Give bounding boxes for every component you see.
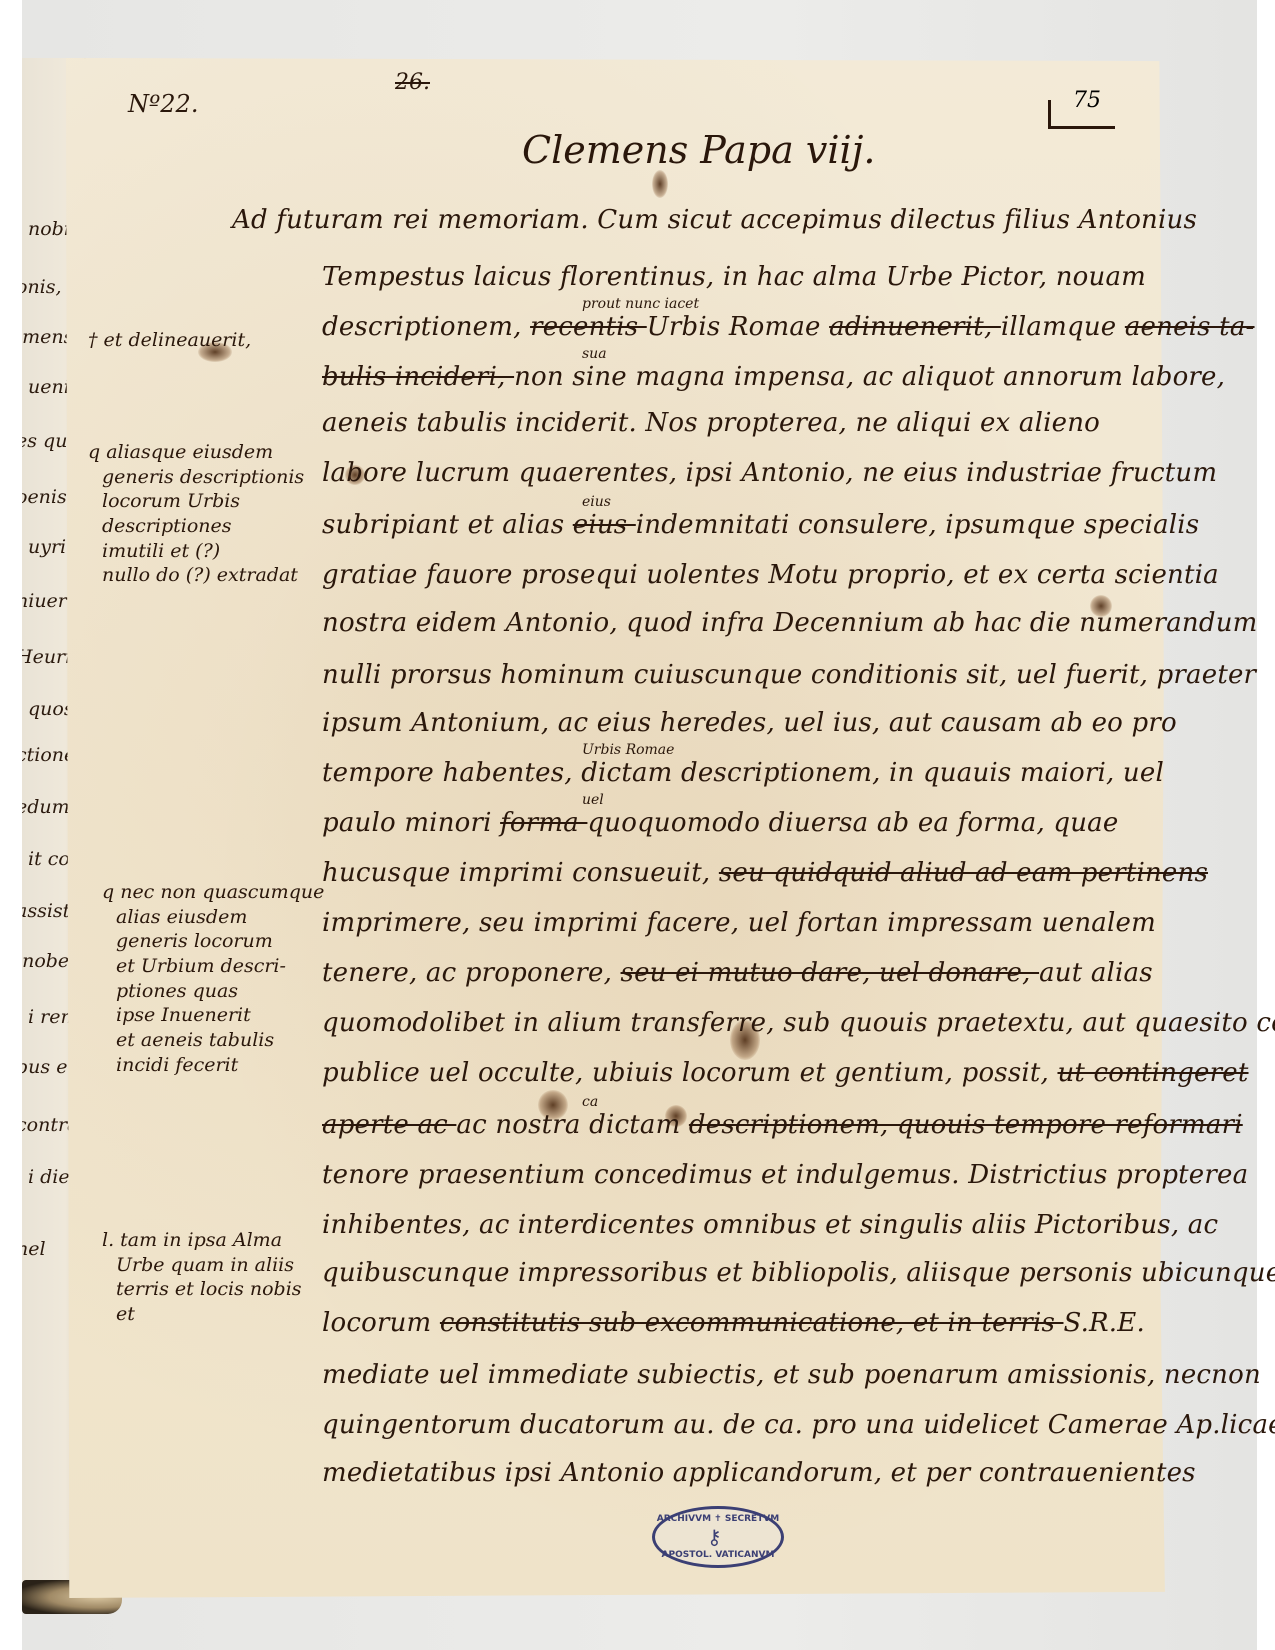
interlinear-insertion: sua: [582, 346, 607, 362]
line-text: indemnitati consulere, ipsumque speciali…: [636, 510, 1200, 540]
struck-text: ut contingeret: [1057, 1058, 1248, 1088]
interlinear-insertion: eius: [582, 494, 611, 510]
line-text: quibuscunque impressoribus et bibliopoli…: [322, 1258, 1275, 1288]
manuscript-line: medietatibus ipsi Antonio applicandorum,…: [322, 1458, 1196, 1488]
manuscript-line: locorum constitutis sub excommunicatione…: [322, 1308, 1145, 1338]
manuscript-line: descriptionem, recentis Urbis Romae adin…: [322, 312, 1255, 342]
manuscript-line: paulo minori forma quoquomodo diuersa ab…: [322, 808, 1118, 838]
margin-note: † et delineauerit,: [88, 328, 251, 353]
manuscript-line: gratiae fauore prosequi uolentes Motu pr…: [322, 560, 1219, 590]
line-text: imprimere, seu imprimi facere, uel forta…: [322, 908, 1156, 938]
manuscript-line: publice uel occulte, ubiuis locorum et g…: [322, 1058, 1249, 1088]
line-text: hucusque imprimi consueuit,: [322, 858, 719, 888]
foliation-number: Nº22.: [128, 90, 198, 118]
margin-note-line: locorum Urbis: [88, 489, 304, 514]
margin-note-line: ptiones quas: [102, 979, 324, 1004]
struck-text: recentis: [530, 312, 647, 342]
interlinear-insertion: uel: [582, 792, 604, 808]
line-text: tempore habentes, dictam descriptionem, …: [322, 758, 1164, 788]
line-text: subripiant et alias: [322, 510, 573, 540]
margin-note: q aliasque eiusdemgeneris descriptionisl…: [88, 440, 304, 588]
margin-note-line: l. tam in ipsa Alma: [102, 1228, 302, 1253]
margin-note-line: generis locorum: [102, 929, 324, 954]
line-text: non sine magna impensa, ac aliquot annor…: [514, 362, 1225, 392]
margin-note-line: generis descriptionis: [88, 465, 304, 490]
manuscript-line: labore lucrum quaerentes, ipsi Antonio, …: [322, 458, 1217, 488]
folio-mark-number: 75: [1073, 88, 1101, 113]
manuscript-line: tempore habentes, dictam descriptionem, …: [322, 758, 1164, 788]
margin-note-line: et Urbium descri-: [102, 954, 324, 979]
folio-bracket-mark: 75: [1048, 100, 1115, 129]
manuscript-line: nulli prorsus hominum cuiuscunque condit…: [322, 660, 1256, 690]
struck-text: aperte ac: [322, 1110, 456, 1140]
line-text: gratiae fauore prosequi uolentes Motu pr…: [322, 560, 1219, 590]
interlinear-insertion: ca: [582, 1094, 598, 1110]
manuscript-line: quingentorum ducatorum au. de ca. pro un…: [322, 1410, 1275, 1440]
struck-text: aeneis ta-: [1125, 312, 1255, 342]
line-text: Urbis Romae: [647, 312, 829, 342]
margin-note-line: nullo do (?) extradat: [88, 563, 304, 588]
line-text: ipsum Antonium, ac eius heredes, uel ius…: [322, 708, 1177, 738]
manuscript-line: quibuscunque impressoribus et bibliopoli…: [322, 1258, 1275, 1288]
struck-text: seu ei mutuo dare, uel donare,: [621, 958, 1040, 988]
margin-note-line: Urbe quam in aliis: [102, 1253, 302, 1278]
line-text: Tempestus laicus florentinus, in hac alm…: [322, 262, 1146, 292]
margin-note: l. tam in ipsa AlmaUrbe quam in aliister…: [102, 1228, 302, 1327]
line-text: aut alias: [1039, 958, 1153, 988]
line-text: Ad futuram rei memoriam. Cum sicut accep…: [232, 205, 1197, 235]
manuscript-line: Ad futuram rei memoriam. Cum sicut accep…: [232, 205, 1197, 235]
struck-text: bulis incideri,: [322, 362, 514, 392]
line-text: mediate uel immediate subiectis, et sub …: [322, 1360, 1261, 1390]
manuscript-line: aeneis tabulis inciderit. Nos propterea,…: [322, 408, 1100, 438]
ink-blot: [652, 170, 668, 198]
line-text: illamque: [1001, 312, 1125, 342]
stamp-top-text: ARCHIVVM ✝ SECRETVM: [655, 1514, 781, 1524]
line-text: paulo minori: [322, 808, 500, 838]
line-text: nostra eidem Antonio, quod infra Decenni…: [322, 608, 1258, 638]
margin-note-line: descriptiones: [88, 514, 304, 539]
old-folio-number: 26.: [395, 70, 430, 95]
line-text: aeneis tabulis inciderit. Nos propterea,…: [322, 408, 1100, 438]
margin-note-line: imutili et (?): [88, 539, 304, 564]
struck-text: adinuenerit,: [829, 312, 1001, 342]
manuscript-line: mediate uel immediate subiectis, et sub …: [322, 1360, 1261, 1390]
margin-note-line: † et delineauerit,: [88, 328, 251, 353]
line-text: nulli prorsus hominum cuiuscunque condit…: [322, 660, 1256, 690]
line-text: inhibentes, ac interdicentes omnibus et …: [322, 1210, 1218, 1240]
papal-keys-icon: ⚷: [707, 1527, 722, 1547]
line-text: quingentorum ducatorum au. de ca. pro un…: [322, 1410, 1275, 1440]
line-text: ac nostra dictam: [456, 1110, 689, 1140]
manuscript-line: inhibentes, ac interdicentes omnibus et …: [322, 1210, 1218, 1240]
interlinear-insertion: Urbis Romae: [582, 742, 674, 758]
manuscript-line: bulis incideri, non sine magna impensa, …: [322, 362, 1225, 392]
line-text: locorum: [322, 1308, 440, 1338]
stamp-bottom-text: APOSTOL. VATICANVM: [655, 1550, 781, 1560]
margin-note: q nec non quascumquealias eiusdemgeneris…: [102, 880, 324, 1078]
line-text: S.R.E.: [1063, 1308, 1144, 1338]
line-text: tenore praesentium concedimus et indulge…: [322, 1160, 1248, 1190]
line-text: quoquomodo diuersa ab ea forma, quae: [587, 808, 1118, 838]
line-text: tenere, ac proponere,: [322, 958, 621, 988]
margin-note-line: et: [102, 1302, 302, 1327]
manuscript-line: tenore praesentium concedimus et indulge…: [322, 1160, 1248, 1190]
line-text: quomodolibet in alium transferre, sub qu…: [322, 1008, 1275, 1038]
margin-note-line: q nec non quascumque: [102, 880, 324, 905]
manuscript-line: subripiant et alias eius indemnitati con…: [322, 510, 1199, 540]
struck-text: constitutis sub excommunicatione, et in …: [440, 1308, 1064, 1338]
struck-text: forma: [500, 808, 587, 838]
margin-note-line: q aliasque eiusdem: [88, 440, 304, 465]
line-text: descriptionem,: [322, 312, 530, 342]
struck-text: descriptionem, quouis tempore reformari: [689, 1110, 1243, 1140]
manuscript-line: imprimere, seu imprimi facere, uel forta…: [322, 908, 1156, 938]
margin-note-line: ipse Inuenerit: [102, 1003, 324, 1028]
manuscript-line: ipsum Antonium, ac eius heredes, uel ius…: [322, 708, 1177, 738]
manuscript-line: Tempestus laicus florentinus, in hac alm…: [322, 262, 1146, 292]
margin-note-line: et aeneis tabulis: [102, 1028, 324, 1053]
margin-note-line: terris et locis nobis: [102, 1277, 302, 1302]
margin-note-line: alias eiusdem: [102, 905, 324, 930]
archive-stamp: ARCHIVVM ✝ SECRETVM ⚷ APOSTOL. VATICANVM: [652, 1506, 784, 1568]
manuscript-line: tenere, ac proponere, seu ei mutuo dare,…: [322, 958, 1153, 988]
line-text: labore lucrum quaerentes, ipsi Antonio, …: [322, 458, 1217, 488]
line-text: medietatibus ipsi Antonio applicandorum,…: [322, 1458, 1196, 1488]
interlinear-insertion: prout nunc iacet: [582, 296, 699, 312]
document-title: Clemens Papa viij.: [522, 128, 876, 172]
struck-text: eius: [573, 510, 636, 540]
manuscript-line: quomodolibet in alium transferre, sub qu…: [322, 1008, 1275, 1038]
line-text: publice uel occulte, ubiuis locorum et g…: [322, 1058, 1057, 1088]
margin-note-line: incidi fecerit: [102, 1053, 324, 1078]
manuscript-line: hucusque imprimi consueuit, seu quidquid…: [322, 858, 1208, 888]
struck-text: seu quidquid aliud ad eam pertinens: [719, 858, 1208, 888]
manuscript-line: aperte ac ac nostra dictam descriptionem…: [322, 1110, 1243, 1140]
manuscript-line: nostra eidem Antonio, quod infra Decenni…: [322, 608, 1258, 638]
